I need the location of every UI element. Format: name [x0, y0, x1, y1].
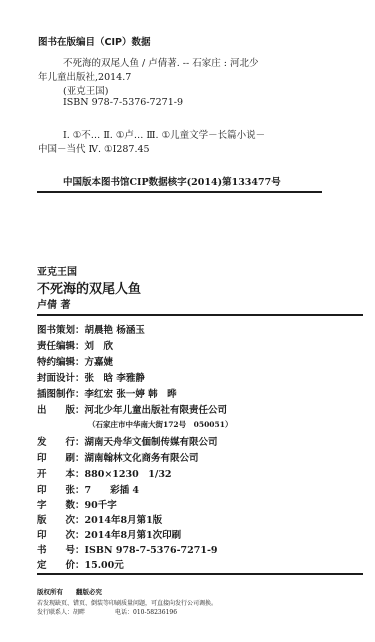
cip-verification: 中国版本图书馆CIP数据核字(2014)第133477号	[63, 174, 281, 188]
cip-heading: 图书在版编目（CIP）数据	[38, 34, 150, 48]
pub-row: 印 次：2014年8月第1次印刷	[37, 527, 181, 541]
cip-line-3: (亚克王国)	[63, 83, 108, 97]
credit-row: 插图制作：李红宏 张一婷 韩 晔	[37, 386, 177, 400]
pub-row: 字 数：90千字	[37, 497, 117, 511]
rights-notice: 版权所有 翻版必究	[37, 587, 102, 596]
pub-row: 印 刷：湖南翰林文化商务有限公司	[37, 450, 199, 464]
quality-notice: 若发现缺页、错页、倒装等印刷质量问题，可直接向发行公司调换。	[37, 598, 217, 607]
book-title: 不死海的双尾人鱼	[37, 278, 141, 297]
author: 卢倩 著	[37, 296, 70, 311]
cip-line-5: Ⅰ. ①不… Ⅱ. ①卢… Ⅲ. ①儿童文学－长篇小说－	[63, 127, 265, 141]
credit-row: 封面设计：张 晗 李雅静	[37, 370, 145, 384]
pub-row: 定 价：15.00元	[37, 557, 124, 571]
cip-line-4: ISBN 978-7-5376-7271-9	[63, 97, 183, 108]
pub-row: 版 次：2014年8月第1版	[37, 512, 162, 526]
pub-row: 发 行：湖南天舟华文偭制传媒有限公司	[37, 434, 218, 448]
pub-row: 开 本：880×1230 1/32	[37, 466, 172, 480]
divider-title	[37, 314, 363, 316]
cip-line-1: 不死海的双尾人鱼 / 卢倩著. -- 石家庄 : 河北少	[63, 55, 258, 69]
contact-line: 发行联系人：胡畔 电话：010-58236196	[37, 607, 177, 616]
credit-row: 责任编辑：刘 欣	[37, 338, 113, 352]
cip-line-2: 年儿童出版社,2014.7	[38, 69, 131, 83]
publisher-address: （石家庄市中华南大街172号 050051）	[88, 419, 232, 430]
divider-footer	[37, 573, 363, 575]
pub-row: 印 张：7 彩插 4	[37, 482, 139, 496]
credit-row: 图书策划：胡晨艳 杨涵玉	[37, 322, 145, 336]
credit-row: 特约编辑：方嘉婕	[37, 354, 113, 368]
cip-line-6: 中国－当代 Ⅳ. ①I287.45	[38, 141, 150, 155]
series-name: 亚克王国	[37, 263, 77, 278]
pub-row: 书 号：ISBN 978-7-5376-7271-9	[37, 542, 218, 556]
pub-row: 出 版：河北少年儿童出版社有限责任公司	[37, 402, 227, 416]
divider-cip	[37, 191, 322, 193]
